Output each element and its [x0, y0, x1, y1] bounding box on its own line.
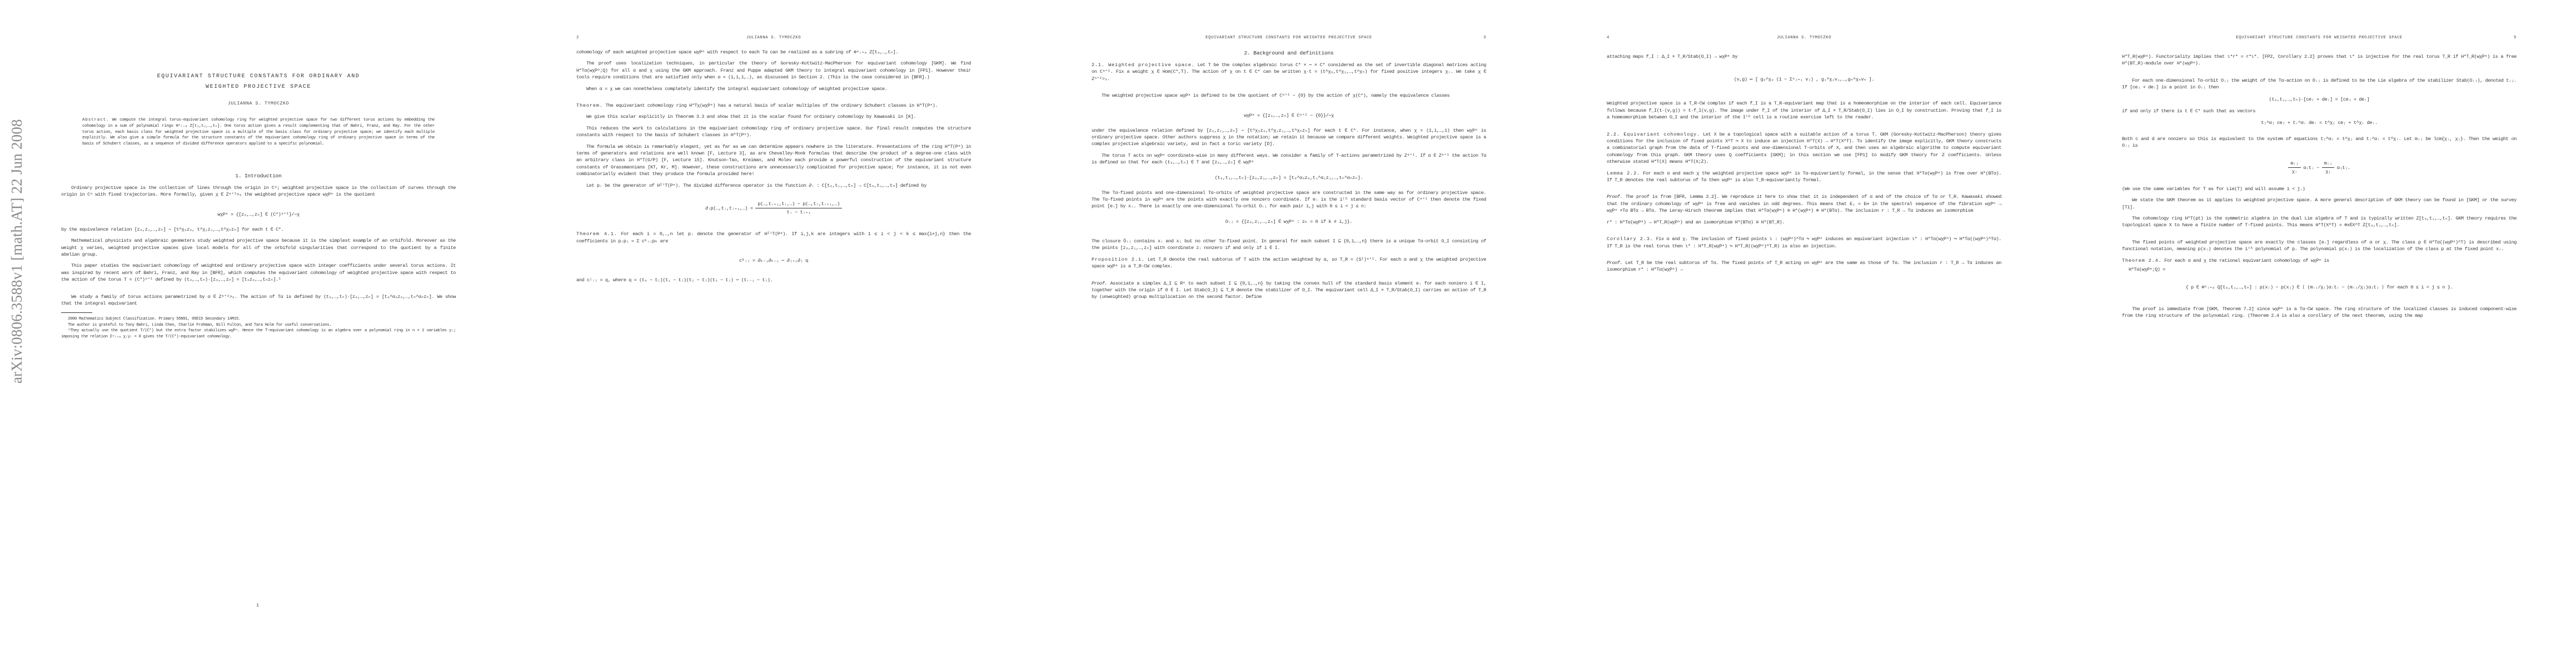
theorem-text: For each α and χ the rational equivarian… [2164, 258, 2329, 263]
page-number: 5 [2514, 36, 2517, 40]
page-number: 2 [576, 36, 579, 40]
paragraph: attaching maps f_I : Δ_I × T_R/Stab(O_I)… [1607, 53, 2001, 60]
paragraph: under the equivalence relation defined b… [1092, 127, 1486, 148]
paragraph: We state the GKM theorem as it applies t… [2122, 197, 2517, 211]
numerator: mᵢⱼ [2288, 160, 2300, 168]
equation-lhs: ∂ᵢp(…,tᵢ,tᵢ₊₁,…) = [705, 206, 753, 211]
page-number: 4 [1607, 36, 1610, 40]
denominator: tᵢ − tᵢ₊₁ [755, 208, 842, 216]
equation-divided-difference: ∂ᵢp(…,tᵢ,tᵢ₊₁,…) = p(…,tᵢ₊₁,tᵢ,…) − p(…,… [576, 200, 971, 216]
equation-gkm-description: { p ∈ ⊕ⁿᵢ₌₀ Q[t₀,t₁,…,tₙ] : p(xᵢ) − p(xⱼ… [2139, 283, 2500, 291]
numerator: mᵢⱼ [2322, 160, 2334, 168]
proof-text: Associate a simplex Δ_I ⊆ Rⁿ to each sub… [1092, 281, 1486, 300]
equation-term: αᵢtᵢ − [2303, 165, 2319, 171]
running-head-author: JULIANNA S. TYMOCZKO [1607, 36, 2001, 40]
arxiv-stamp: arXiv:0806.3588v1 [math.AT] 22 Jun 2008 [8, 119, 26, 384]
page-number: 1 [0, 603, 515, 608]
paragraph: The formula we obtain is remarkably eleg… [576, 143, 971, 178]
corollary-text: Fix α and χ. The inclusion of fixed poin… [1607, 236, 2001, 248]
proposition-text: Let T_R denote the real subtorus of T wi… [1092, 257, 1486, 269]
fraction: p(…,tᵢ₊₁,tᵢ,…) − p(…,tᵢ,tᵢ₊₁,…) tᵢ − tᵢ₊… [755, 200, 842, 216]
page-number: 3 [1483, 36, 1486, 40]
theorem: Theorem 2.4. For each α and χ the ration… [2122, 257, 2517, 264]
abstract-label: Abstract. [82, 118, 109, 122]
title-line-1: EQUIVARIANT STRUCTURE CONSTANTS FOR ORDI… [61, 71, 456, 82]
paragraph: The cohomology ring H*T(pt) is the symme… [2122, 215, 2517, 229]
proof-text: The proof is from [BFR, Lemma 2.2]. We r… [1607, 194, 2001, 213]
running-head-title: EQUIVARIANT STRUCTURE CONSTANTS FOR WEIG… [2122, 36, 2517, 40]
footnote-rule [61, 312, 92, 313]
proof: Proof. The proof is from [BFR, Lemma 2.2… [1607, 193, 2001, 214]
subsection-label: 2.2. Equivariant cohomology. [1607, 132, 1700, 137]
subsection-label: 2.1. Weighted projective space. [1092, 62, 1195, 68]
proof: Proof. Let T_R be the real subtorus of T… [1607, 260, 2001, 273]
theorem-label: Theorem 2.4. [2122, 258, 2162, 263]
paragraph: H*T_R(wχPⁿ). Functoriality implies that … [2122, 53, 2517, 67]
paragraph: This paper studies the equivariant cohom… [61, 262, 456, 283]
equation: wχPⁿ = {[z₀,…,zₙ] ∈ Cⁿ⁺¹ − {0}}/∼χ [1092, 112, 1486, 120]
paragraph: When α = χ we can nonetheless completely… [576, 86, 971, 92]
page-3: EQUIVARIANT STRUCTURE CONSTANTS FOR WEIG… [1030, 0, 1546, 667]
footnote: 2000 Mathematics Subject Classification.… [61, 316, 456, 322]
section-heading-introduction: 1. Introduction [61, 173, 456, 179]
page-5: EQUIVARIANT STRUCTURE CONSTANTS FOR WEIG… [2061, 0, 2576, 667]
paragraph: The fixed points of weighted projective … [2122, 239, 2517, 253]
equation: Oᵢⱼ = {[z₀,z₁,…,zₙ] ∈ wχPⁿ : zₖ = 0 if k… [1092, 218, 1486, 226]
paragraph: and cʲᵢⱼ = q, where q = (t₀ − tⱼ)(t₁ − t… [576, 277, 971, 283]
equation-term: αⱼtⱼ. [2337, 165, 2350, 171]
running-head-author: JULIANNA S. TYMOCZKO [576, 36, 971, 40]
proof-text: Let T_R be the real subtorus of Tα. The … [1607, 260, 2001, 272]
paragraph: This reduces the work to calculations in… [576, 125, 971, 139]
footnote: The author is grateful to Tony Bahri, Li… [61, 322, 456, 328]
theorem-label: Theorem. [576, 103, 603, 108]
page-2: JULIANNA S. TYMOCZKO 2 cohomology of eac… [515, 0, 1030, 667]
theorem: Theorem 4.1. For each i = 0,…,n let pᵢ d… [576, 231, 971, 245]
paragraph: Weighted projective space is a T_R-CW co… [1607, 100, 2001, 121]
paragraph: The weighted projective space wχPⁿ is de… [1092, 92, 1486, 99]
equation: wχPⁿ = {[z₀,…,zₙ] ∈ (C*)ⁿ⁺¹}/∼χ [61, 211, 456, 218]
proof: Proof. Associate a simplex Δ_I ⊆ Rⁿ to e… [1092, 280, 1486, 301]
paragraph: The closure Ōᵢⱼ contains xᵢ and xⱼ but n… [1092, 238, 1486, 252]
paragraph: if and only if there is t ∈ C* such that… [2122, 108, 2517, 115]
equation: (t₀,t₁,…,tₙ)·[z₀,z₁,…,zₙ] = [t₀^α₀z₀,t₁^… [1092, 174, 1486, 182]
paragraph: Ordinary projective space is the collect… [61, 185, 456, 198]
lemma: Lemma 2.2. For each α and each χ the wei… [1607, 170, 2001, 184]
numerator: p(…,tᵢ₊₁,tᵢ,…) − p(…,tᵢ,tᵢ₊₁,…) [755, 200, 842, 208]
paragraph: cohomology of each weighted projective s… [576, 49, 971, 56]
lemma-label: Lemma 2.2. [1607, 171, 1640, 176]
paragraph: Let pᵢ be the generator of H²ⁱT(Pⁿ). The… [576, 182, 971, 189]
abstract-text: We compute the integral torus-equivarian… [82, 118, 435, 146]
footnote: ¹They actually use the quotient T/(C*) b… [61, 328, 456, 340]
denominator: χᵢ [2288, 168, 2300, 176]
title-line-2: WEIGHTED PROJECTIVE SPACE [61, 82, 456, 92]
paragraph: Both c and d are nonzero so this is equi… [2122, 136, 2517, 150]
denominator: χⱼ [2322, 168, 2334, 176]
proposition-label: Proposition 2.1. [1092, 257, 1145, 262]
fraction: mᵢⱼχⱼ [2322, 160, 2334, 176]
paragraph: The Tα-fixed points and one-dimensional … [1092, 190, 1486, 210]
equation: (t₀,t₁,…,tₙ)·[ceⱼ + deᵢ] = [ceⱼ + deᵢ] [2122, 96, 2517, 103]
paragraph: r* : H*Tα(wχPⁿ) → H*T_R(wχPⁿ) and an iso… [1607, 219, 2001, 226]
paragraph: The proof uses localization techniques, … [576, 60, 971, 81]
paragraph: 2.2. Equivariant cohomology. Let X be a … [1607, 131, 2001, 166]
equation-lhs: H*Tα(wχPⁿ;Q) = [2122, 266, 2517, 273]
running-head-title: EQUIVARIANT STRUCTURE CONSTANTS FOR WEIG… [1092, 36, 1486, 40]
paragraph: The torus T acts on wχPⁿ coordinate-wise… [1092, 152, 1486, 166]
theorem-text: For each i = 0,…,n let pᵢ denote the gen… [576, 231, 971, 243]
author-name: JULIANNA S. TYMOCZKO [61, 101, 456, 106]
corollary: Corollary 2.3. Fix α and χ. The inclusio… [1607, 236, 2001, 250]
equation-attaching-map: (v,g) ↦ [ g₀^χ₀ (1 − Σⁿⱼ₌₁ vⱼ) , g₁^χ₁v₁… [1607, 76, 2001, 83]
corollary-label: Corollary 2.3. [1607, 236, 1653, 242]
theorem-label: Theorem 4.1. [576, 231, 617, 237]
paper-title: EQUIVARIANT STRUCTURE CONSTANTS FOR ORDI… [61, 71, 456, 92]
paragraph: For each one-dimensional Tα-orbit Oᵢⱼ th… [2122, 77, 2517, 91]
proposition: Proposition 2.1. Let T_R denote the real… [1092, 256, 1486, 270]
page-4: JULIANNA S. TYMOCZKO 4 attaching maps f_… [1546, 0, 2061, 667]
paragraph: We give this scalar explicitly in Theore… [576, 113, 971, 120]
proof-label: Proof. [1092, 281, 1107, 286]
paragraph: Mathematical physicists and algebraic ge… [61, 237, 456, 258]
equation: cᵏᵢⱼ = ∂ₖ₋₁∂ₖ₋₂ ⋯ ∂ⱼ₊₁∂ⱼ q [576, 257, 971, 265]
equation-weight: mᵢⱼχᵢ αᵢtᵢ − mᵢⱼχⱼ αⱼtⱼ. [2122, 160, 2517, 176]
paragraph: 2.1. Weighted projective space. Let T be… [1092, 62, 1486, 82]
lemma-text: For each α and each χ the weighted proje… [1607, 171, 2001, 183]
theorem-text: The equivariant cohomology ring H*Tχ(wχP… [605, 103, 938, 108]
section-heading-background: 2. Background and definitions [1092, 50, 1486, 56]
paragraph: (We use the same variables for T as for … [2122, 186, 2517, 192]
proof-label: Proof. [1607, 260, 1622, 266]
abstract: Abstract. We compute the integral torus-… [82, 117, 435, 147]
theorem: Theorem. The equivariant cohomology ring… [576, 102, 971, 109]
paragraph: by the equivalence relation [z₀,z₁,…,zₙ]… [61, 226, 456, 233]
proof-label: Proof. [1607, 194, 1622, 200]
paragraph: The proof is immediate from [GKM, Theore… [2122, 306, 2517, 320]
page-1: arXiv:0806.3588v1 [math.AT] 22 Jun 2008 … [0, 0, 515, 667]
fraction: mᵢⱼχᵢ [2288, 160, 2300, 176]
equation: tⱼ^αⱼ ceⱼ + tᵢ^αᵢ deᵢ = t^χⱼ ceⱼ + t^χᵢ … [2122, 119, 2517, 127]
paragraph: We study a family of torus actions param… [61, 293, 456, 307]
